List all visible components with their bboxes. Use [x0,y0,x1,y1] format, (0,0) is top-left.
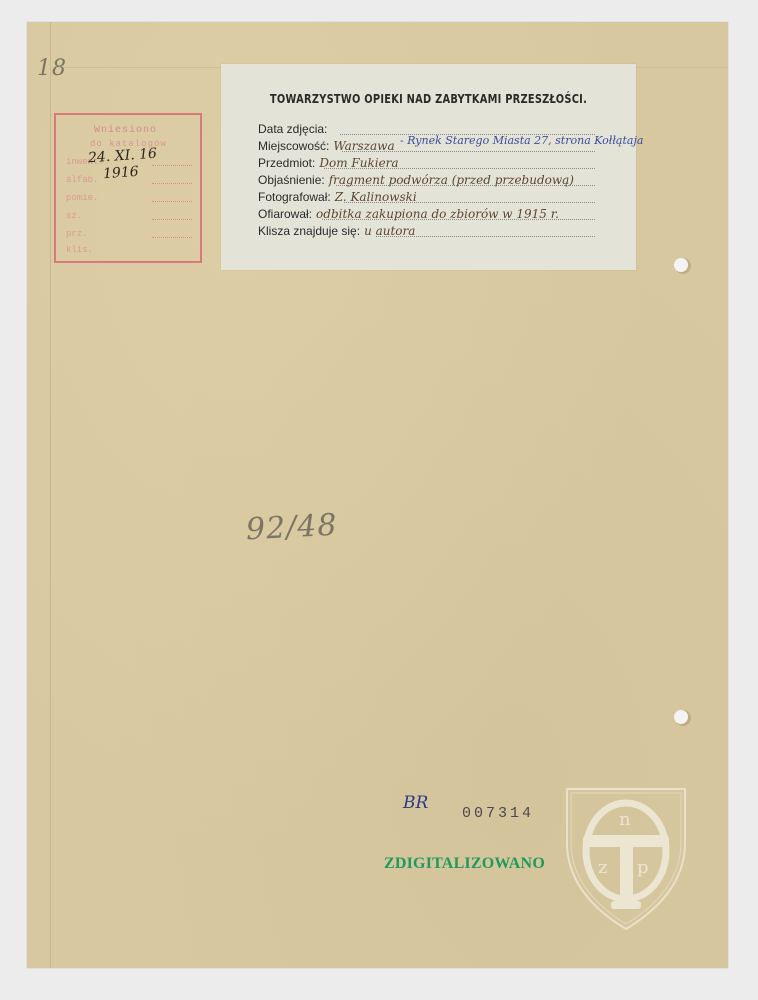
stamp-title: Wniesiono [94,125,157,136]
field-label: Klisza znajduje się: [258,224,360,238]
stamp-row: alfab. [66,175,98,185]
field-value: Warszawa [333,139,394,153]
location-address-handwriting: - Rynek Starego Miasta 27, strona Kołłąt… [400,134,643,147]
stamp-handwritten-year: 1916 [102,164,139,182]
catalogue-label-card: TOWARZYSTWO OPIEKI NAD ZABYTKAMI PRZESZŁ… [221,64,636,270]
watermark-letter-n: n [619,809,631,830]
stamp-dotted-line [152,219,192,220]
punch-hole [674,258,688,272]
field-description: Objaśnienie: fragment podwórza (przed pr… [258,173,598,190]
field-label: Data zdjęcia: [258,122,327,136]
field-value: Dom Fukiera [319,156,398,170]
field-donor: Ofiarował: odbitka zakupiona do zbiorów … [258,207,598,224]
inventory-number: 007314 [462,805,534,822]
vertical-fold-line [50,22,51,968]
watermark-letter-p: p [637,857,649,878]
stamp-dotted-line [152,183,192,184]
stamp-dotted-line [152,201,192,202]
stamp-row: pomie. [66,193,98,203]
pencil-catalogue-number: 92/48 [245,508,338,548]
pencil-sheet-number: 18 [37,56,67,81]
field-value: fragment podwórza (przed przebudową) [329,173,574,187]
field-label: Przedmiot: [258,156,315,170]
field-label: Ofiarował: [258,207,312,221]
field-label: Fotografował: [258,190,331,204]
br-handwritten-mark: BR [403,793,428,813]
stamp-row: klis. [66,245,93,255]
field-label: Miejscowość: [258,139,329,153]
stamp-dotted-line [152,237,192,238]
field-value: odbitka zakupiona do zbiorów w 1915 r. [316,207,559,221]
field-label: Objaśnienie: [258,173,325,187]
stamp-row: prz. [66,229,88,239]
field-subject: Przedmiot: Dom Fukiera [258,156,598,173]
stamp-row: sz. [66,211,82,221]
archival-sheet: 18 Wniesiono do katalogów inwent. alfab.… [27,22,728,968]
watermark-letter-z: z [598,857,607,878]
field-value: Z. Kalinowski [335,190,417,204]
society-emblem-watermark: n z p [561,783,691,933]
card-title: TOWARZYSTWO OPIEKI NAD ZABYTKAMI PRZESZŁ… [258,92,598,106]
field-negative-location: Klisza znajduje się: u autora [258,224,598,241]
receipt-stamp: Wniesiono do katalogów inwent. alfab. po… [54,113,202,263]
stamp-dotted-line [152,165,192,166]
field-photographer: Fotografował: Z. Kalinowski [258,190,598,207]
field-value: u autora [364,224,415,238]
digitized-stamp: ZDIGITALIZOWANO [384,855,545,873]
punch-hole [674,710,688,724]
